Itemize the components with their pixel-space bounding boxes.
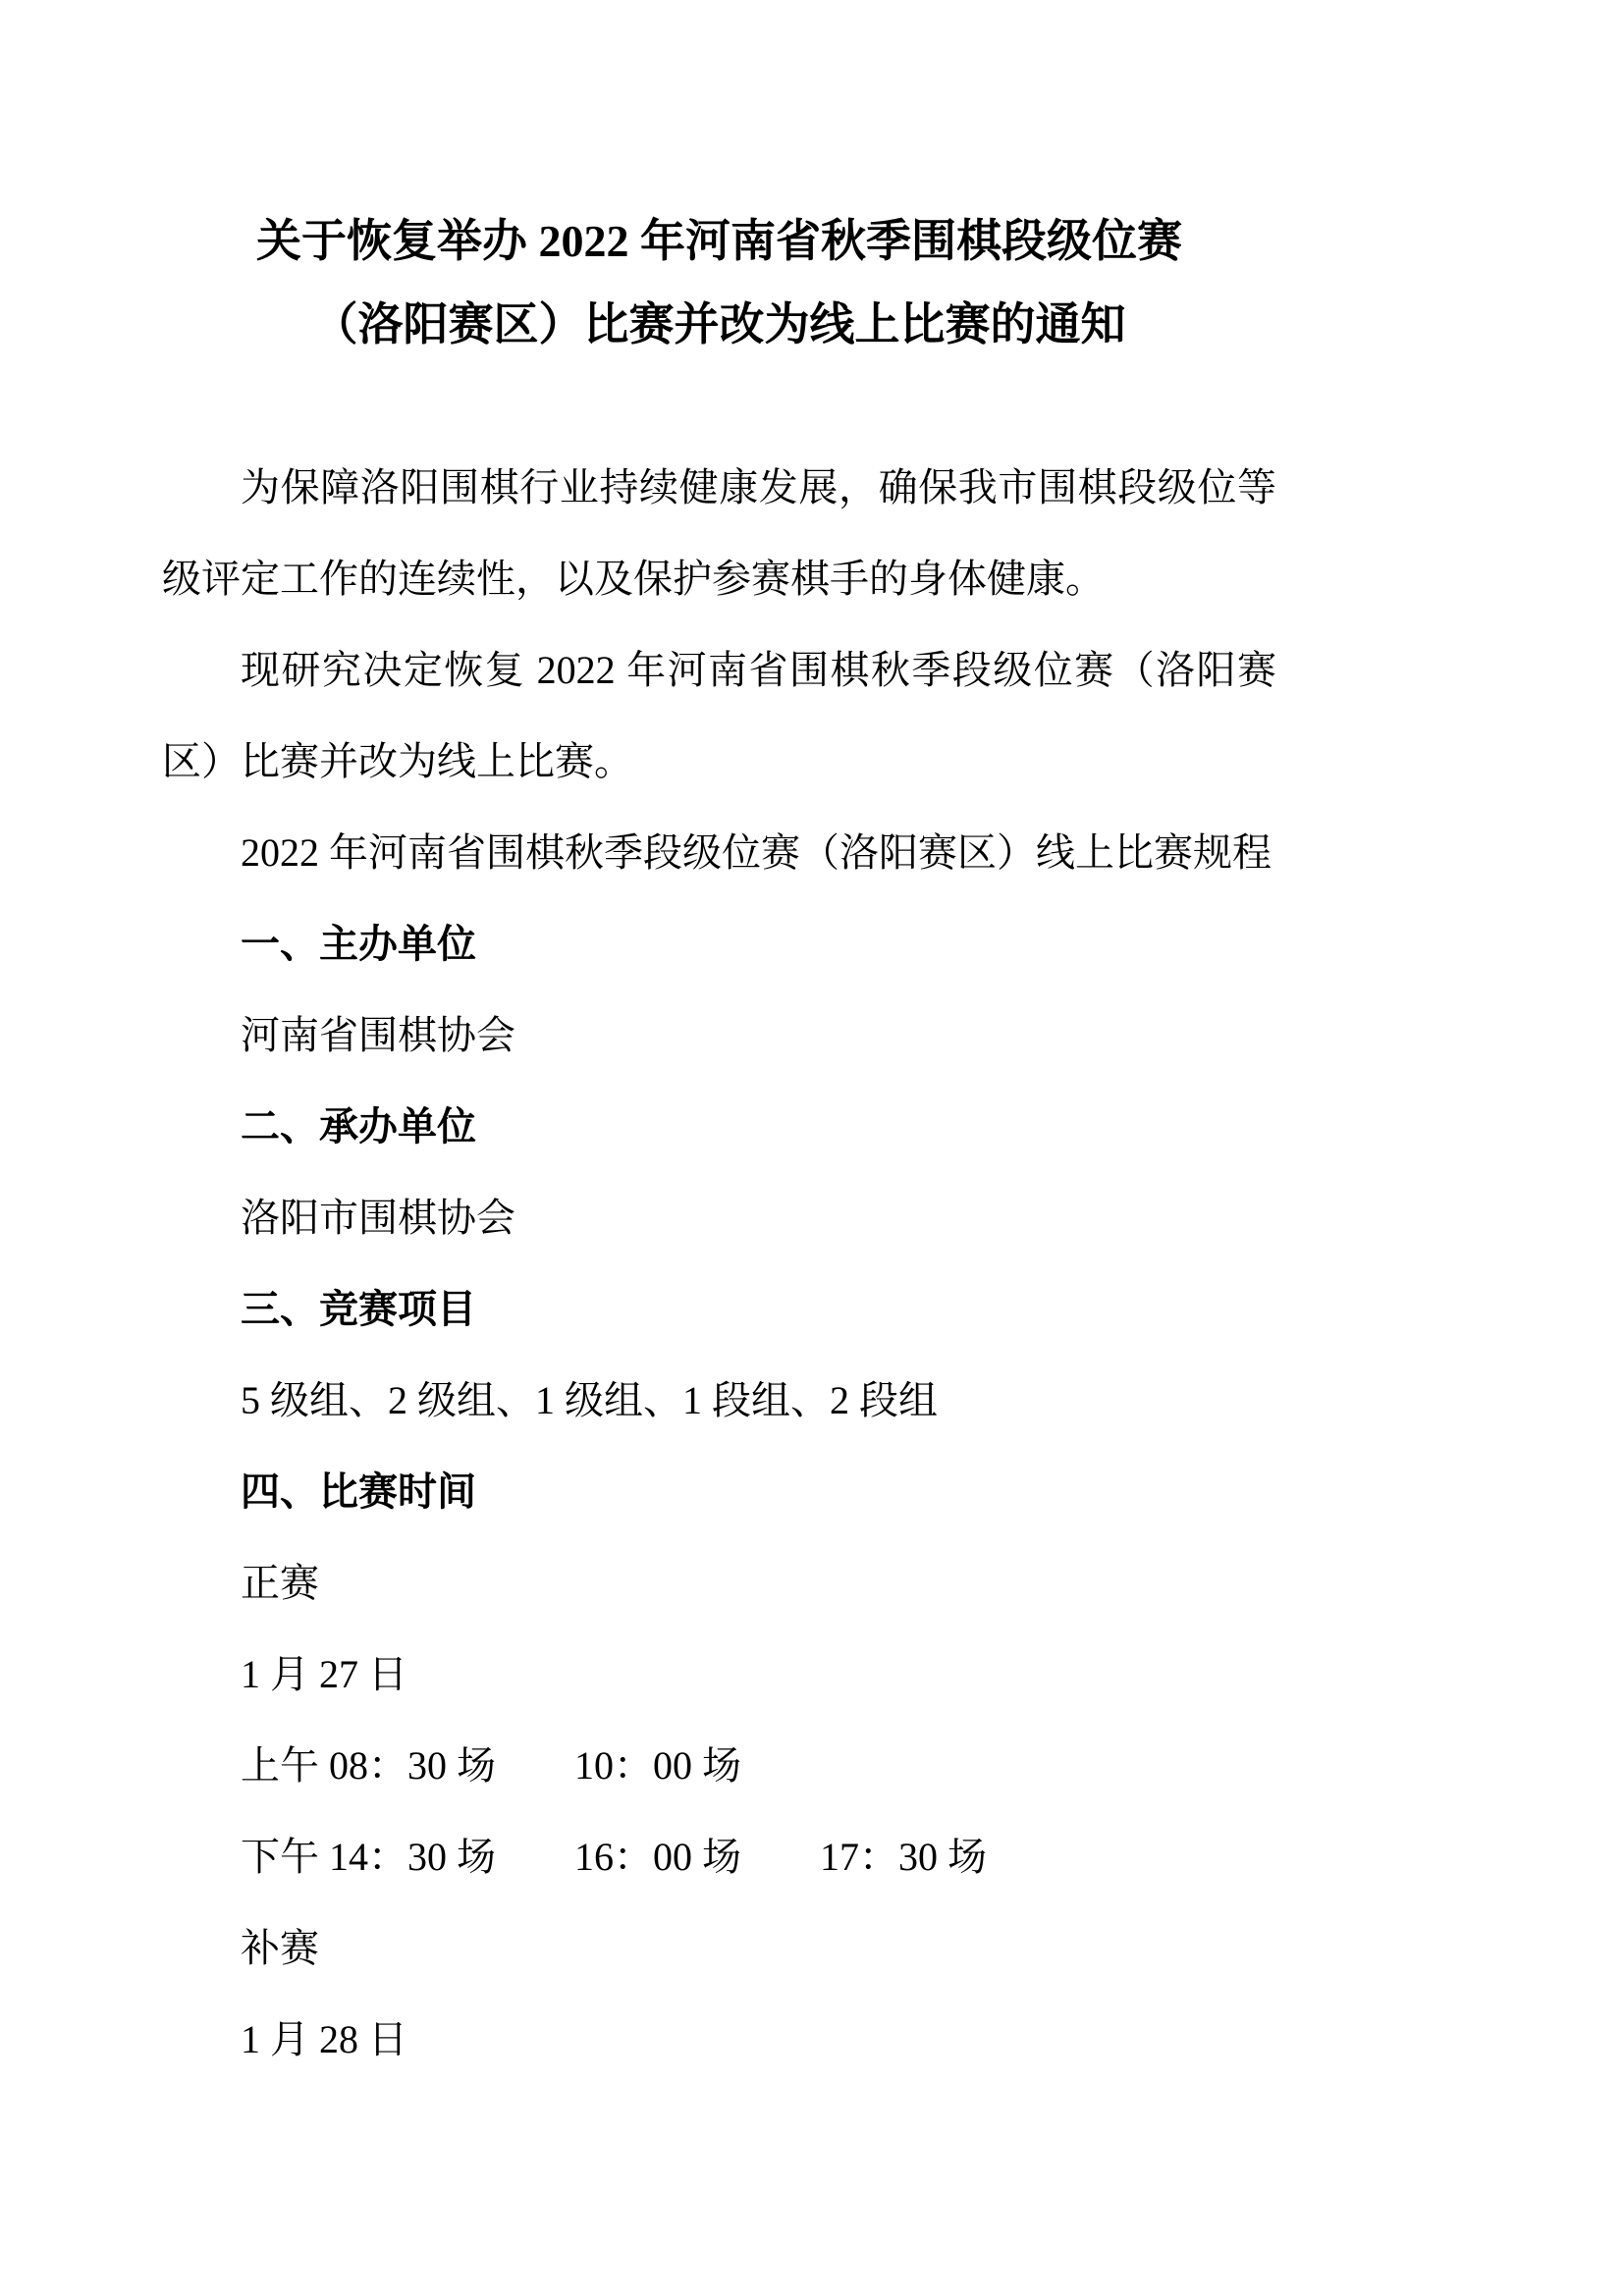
document-title-line-1: 关于恢复举办 2022 年河南省秋季围棋段级位赛: [162, 199, 1276, 283]
document-title: 关于恢复举办 2022 年河南省秋季围棋段级位赛 （洛阳赛区）比赛并改为线上比赛…: [162, 199, 1276, 366]
schedule-line-morning-times: 上午 08：30 场 10：00 场: [162, 1720, 1276, 1811]
schedule-line-main-label: 正赛: [162, 1537, 1276, 1629]
document-title-line-2: （洛阳赛区）比赛并改为线上比赛的通知: [162, 283, 1276, 366]
section-heading-events: 三、竞赛项目: [162, 1263, 1276, 1355]
paragraph-regulations-title: 2022 年河南省围棋秋季段级位赛（洛阳赛区）线上比赛规程: [162, 807, 1276, 898]
section-heading-host: 二、承办单位: [162, 1081, 1276, 1172]
section-heading-schedule: 四、比赛时间: [162, 1446, 1276, 1537]
section-line-organizer: 河南省围棋协会: [162, 989, 1276, 1081]
schedule-line-afternoon-times: 下午 14：30 场 16：00 场 17：30 场: [162, 1811, 1276, 1902]
schedule-line-makeup-label: 补赛: [162, 1902, 1276, 1994]
section-line-events: 5 级组、2 级组、1 级组、1 段组、2 段组: [162, 1355, 1276, 1446]
document-page: 关于恢复举办 2022 年河南省秋季围棋段级位赛 （洛阳赛区）比赛并改为线上比赛…: [0, 0, 1624, 2296]
section-line-host: 洛阳市围棋协会: [162, 1172, 1276, 1263]
paragraph-decision: 现研究决定恢复 2022 年河南省围棋秋季段级位赛（洛阳赛区）比赛并改为线上比赛…: [162, 624, 1276, 807]
paragraph-intro: 为保障洛阳围棋行业持续健康发展，确保我市围棋段级位等级评定工作的连续性，以及保护…: [162, 442, 1276, 624]
document-body: 为保障洛阳围棋行业持续健康发展，确保我市围棋段级位等级评定工作的连续性，以及保护…: [162, 442, 1276, 2085]
schedule-line-main-date: 1 月 27 日: [162, 1629, 1276, 1720]
section-heading-organizer: 一、主办单位: [162, 898, 1276, 989]
document-content: 关于恢复举办 2022 年河南省秋季围棋段级位赛 （洛阳赛区）比赛并改为线上比赛…: [0, 0, 1624, 2085]
schedule-line-makeup-date: 1 月 28 日: [162, 1994, 1276, 2085]
